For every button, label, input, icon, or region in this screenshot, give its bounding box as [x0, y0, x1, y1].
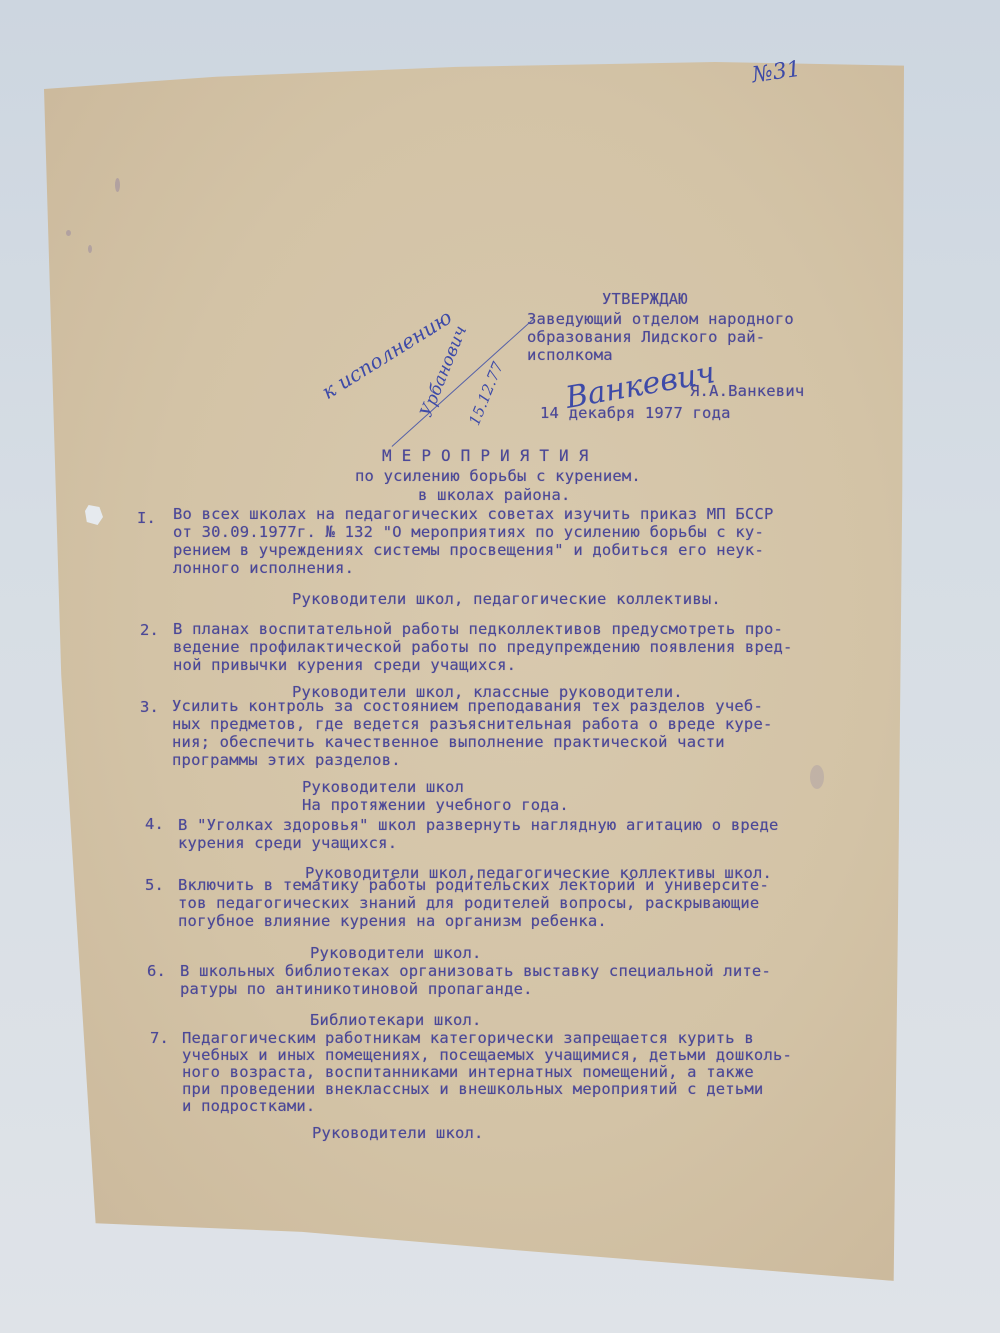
- item-5-responsible: Руководители школ.: [310, 944, 482, 963]
- approval-heading: УТВЕРЖДАЮ: [602, 290, 688, 309]
- item-1-responsible: Руководители школ, педагогические коллек…: [292, 590, 721, 609]
- item-1-line-4: лонного исполнения.: [173, 559, 354, 578]
- item-number: I.: [137, 509, 156, 528]
- item-5-line-2: тов педагогических знаний для родителей …: [178, 894, 759, 913]
- ink-speck: [66, 230, 71, 236]
- ink-speck: [810, 765, 824, 789]
- document-subtitle-1: по усилению борьбы с курением.: [355, 467, 641, 486]
- item-6-responsible: Библиотекари школ.: [310, 1011, 482, 1030]
- item-1-line-3: рением в учреждениях системы просвещения…: [173, 541, 764, 560]
- approval-line-2: образования Лидского рай-: [527, 328, 765, 347]
- item-3-line-4: программы этих разделов.: [172, 751, 401, 770]
- item-number: 2.: [140, 621, 159, 640]
- item-7-responsible: Руководители школ.: [312, 1124, 484, 1143]
- item-4-line-2: курения среди учащихся.: [178, 834, 397, 853]
- item-6-line-2: ратуры по антиникотиновой пропаганде.: [180, 980, 533, 999]
- item-6-line-1: В школьных библиотеках организовать выст…: [180, 962, 771, 981]
- item-7-line-5: и подростками.: [182, 1097, 315, 1116]
- item-number: 6.: [147, 962, 166, 981]
- item-4-line-1: В "Уголках здоровья" школ развернуть наг…: [178, 816, 779, 835]
- item-number: 7.: [150, 1029, 169, 1048]
- document-title: М Е Р О П Р И Я Т И Я: [382, 446, 589, 465]
- document-subtitle-2: в школах района.: [418, 486, 571, 505]
- item-3-line-2: ных предметов, где ведется разъяснительн…: [172, 715, 773, 734]
- item-3-responsible: Руководители школ: [302, 778, 464, 797]
- item-2-line-3: ной привычки курения среди учащихся.: [173, 656, 516, 675]
- ink-speck: [88, 245, 92, 253]
- item-3-line-1: Усилить контроль за состоянием преподава…: [172, 697, 763, 716]
- ink-speck: [115, 178, 120, 192]
- item-number: 3.: [140, 698, 159, 717]
- item-1-line-1: Во всех школах на педагогических советах…: [173, 505, 774, 524]
- item-5-line-3: погубное влияние курения на организм реб…: [178, 912, 607, 931]
- item-2-line-1: В планах воспитательной работы педколлек…: [173, 620, 783, 639]
- item-3-line-3: ния; обеспечить качественное выполнение …: [172, 733, 725, 752]
- item-5-line-1: Включить в тематику работы родительских …: [178, 876, 769, 895]
- approval-line-1: Заведующий отделом народного: [527, 310, 794, 329]
- item-3-deadline: На протяжении учебного года.: [302, 796, 569, 815]
- item-2-line-2: ведение профилактической работы по преду…: [173, 638, 793, 657]
- item-number: 4.: [145, 815, 164, 834]
- item-number: 5.: [145, 876, 164, 895]
- item-1-line-2: от 30.09.1977г. № 132 "О мероприятиях по…: [173, 523, 764, 542]
- approval-line-3: исполкома: [527, 346, 613, 365]
